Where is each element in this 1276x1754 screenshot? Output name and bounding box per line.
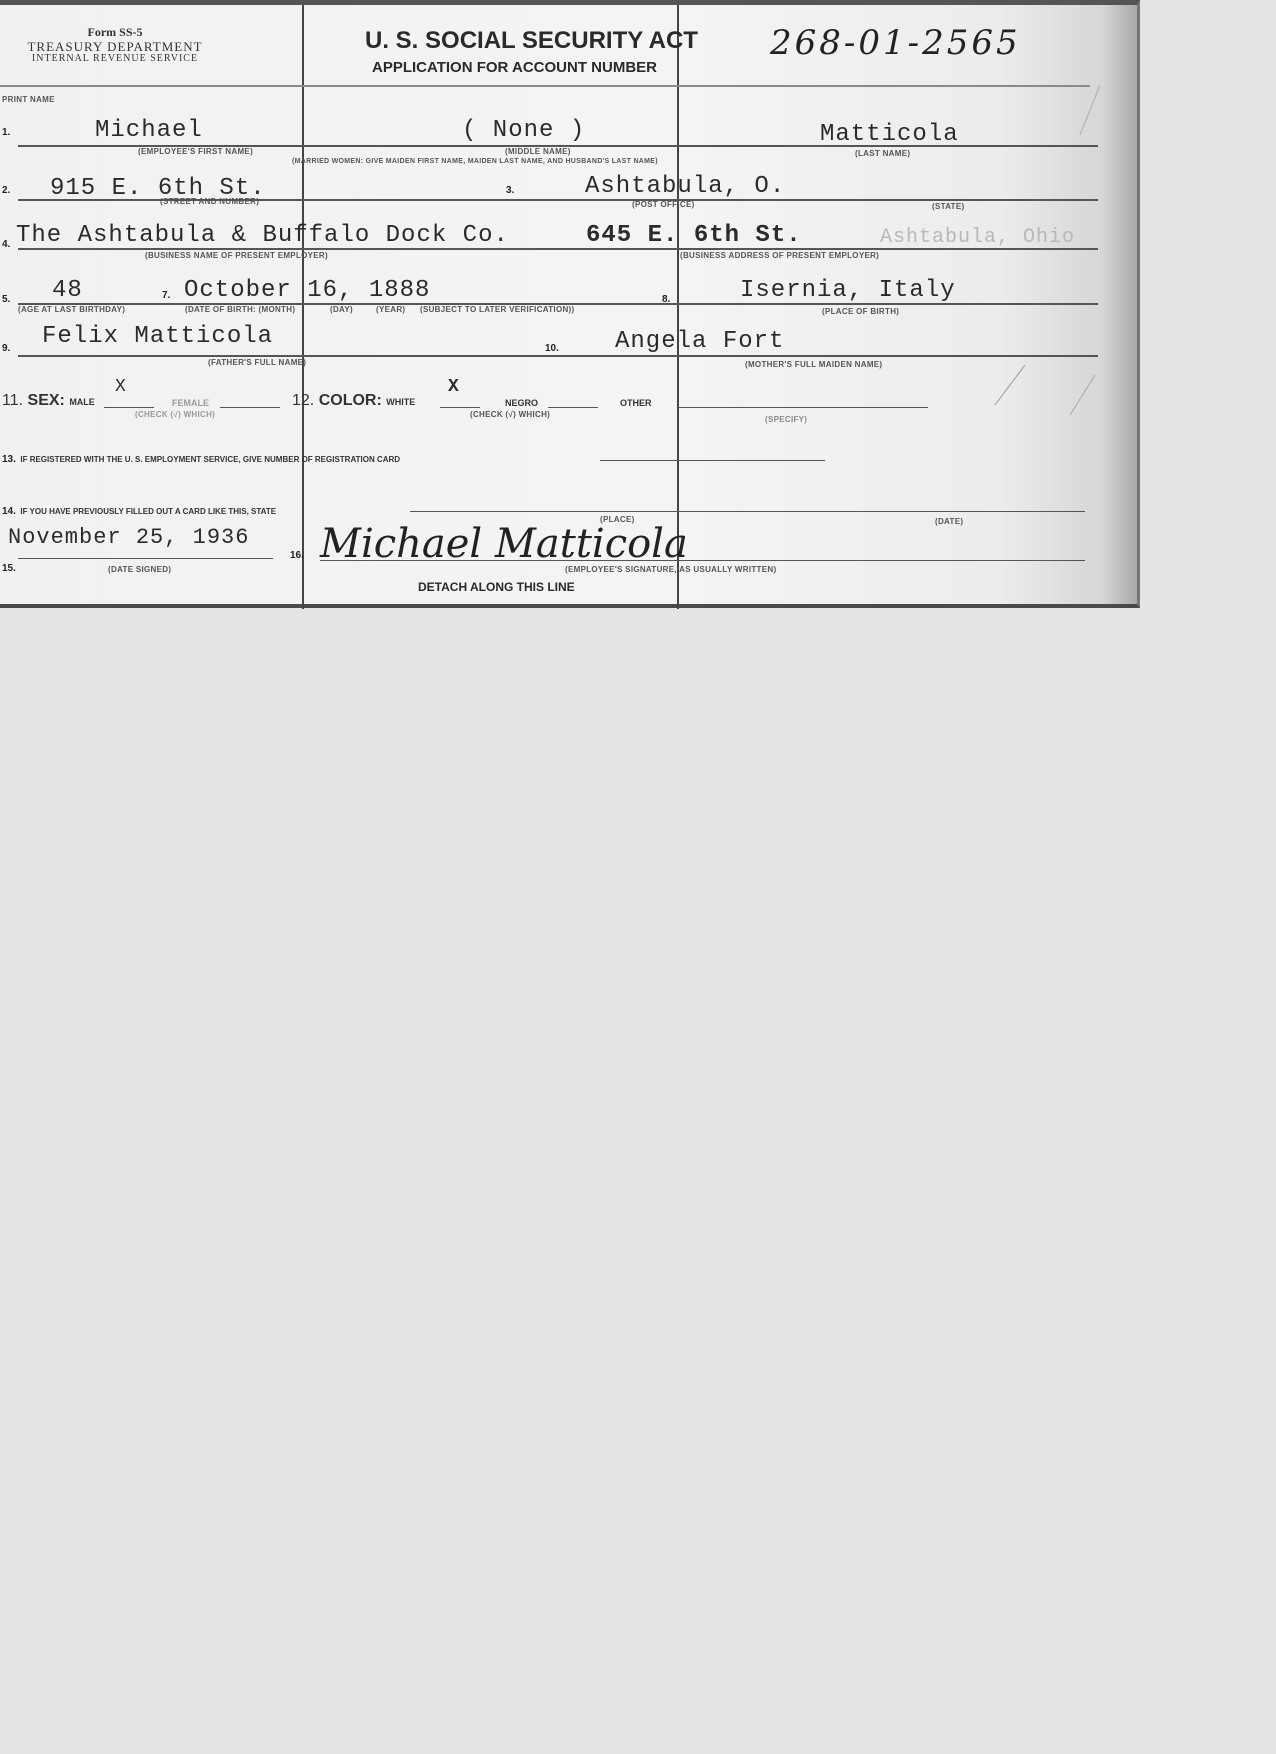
post-office-caption: (POST OFFICE) [632,200,695,209]
post-office-value: Ashtabula, O. [585,173,785,200]
field-number: 5. [2,294,10,305]
date-signed-line [18,558,273,559]
previous-card-label: IF YOU HAVE PREVIOUSLY FILLED OUT A CARD… [20,507,276,516]
male-label: MALE [69,397,95,407]
field-number: 13. [2,454,16,465]
detach-line-label: DETACH ALONG THIS LINE [418,580,575,594]
female-line [220,407,280,408]
color-caption: (CHECK (√) WHICH) [470,410,550,419]
field-number: 2. [2,185,10,196]
other-label: OTHER [620,398,652,408]
middle-name-value: ( None ) [462,117,585,144]
father-name-value: Felix Matticola [42,323,273,350]
specify-caption: (SPECIFY) [765,415,807,424]
married-women-note: (MARRIED WOMEN: GIVE MAIDEN FIRST NAME, … [292,158,658,165]
sex-field: 11. SEX: MALE [2,392,95,410]
father-name-caption: (FATHER'S FULL NAME) [208,358,306,367]
mother-name-value: Angela Fort [615,328,784,355]
previous-card-line [410,511,1085,512]
white-label: WHITE [386,397,415,407]
registration-label: IF REGISTERED WITH THE U. S. EMPLOYMENT … [20,455,400,464]
white-line [440,407,480,408]
form-header-left: Form SS-5 TREASURY DEPARTMENT INTERNAL R… [0,25,230,64]
birth-place-caption: (PLACE OF BIRTH) [822,307,899,316]
female-label: FEMALE [172,398,209,408]
ss5-application-card: Form SS-5 TREASURY DEPARTMENT INTERNAL R… [0,0,1140,608]
form-number: Form SS-5 [0,25,230,40]
date-signed-value: November 25, 1936 [8,525,249,550]
verification-caption: (SUBJECT TO LATER VERIFICATION)) [420,305,575,314]
color-label: COLOR: [319,392,382,409]
birth-month-caption: (DATE OF BIRTH: (MONTH) [185,305,295,314]
field-number: 7. [162,290,170,301]
row9-line [18,355,1098,357]
other-line [678,407,928,408]
mother-name-caption: (MOTHER'S FULL MAIDEN NAME) [745,360,882,369]
birth-place-value: Isernia, Italy [740,277,956,304]
field-number: 14. [2,506,16,517]
last-name-value: Matticola [820,121,959,148]
negro-label: NEGRO [505,398,538,408]
signature-line [320,560,1085,561]
field-number: 16. [290,550,304,561]
birth-date-value: October 16, 1888 [184,277,430,304]
registration-line [600,460,825,461]
last-name-caption: (LAST NAME) [855,149,910,158]
field-number: 12. [292,392,314,409]
bureau: INTERNAL REVENUE SERVICE [0,53,230,64]
male-line [104,407,154,408]
employer-name-caption: (BUSINESS NAME OF PRESENT EMPLOYER) [145,251,328,260]
sex-label: SEX: [28,392,65,409]
field-number: 11. [2,392,23,409]
account-number: 268-01-2565 [770,23,1021,63]
street-caption: (STREET AND NUMBER) [160,197,259,206]
negro-line [548,407,598,408]
date-caption: (DATE) [935,517,963,526]
signature-caption: (EMPLOYEE'S SIGNATURE, AS USUALLY WRITTE… [565,565,776,574]
form-title: U. S. SOCIAL SECURITY ACT [365,27,698,55]
field-number: 15. [2,563,16,574]
middle-name-caption: (MIDDLE NAME) [505,147,571,156]
employer-address-caption: (BUSINESS ADDRESS OF PRESENT EMPLOYER) [680,251,879,260]
male-checkmark: X [115,377,127,397]
employer-name-value: The Ashtabula & Buffalo Dock Co. [16,222,509,249]
white-checkmark: X [448,377,460,397]
fold-line-right [677,5,679,609]
row4-line [18,248,1098,250]
age-caption: (AGE AT LAST BIRTHDAY) [18,305,125,314]
field-number: 3. [506,185,514,196]
field-number: 1. [2,127,10,138]
first-name-value: Michael [95,117,203,144]
print-name-label: PRINT NAME [2,95,55,104]
birth-day-caption: (DAY) [330,305,353,314]
header-divider [0,85,1090,87]
pencil-marks [990,75,1140,435]
field-number: 10. [545,343,559,354]
state-caption: (STATE) [932,202,964,211]
field-number: 4. [2,239,10,250]
birth-year-caption: (YEAR) [376,305,405,314]
color-field: 12. COLOR: WHITE [292,392,415,410]
employer-address-value: 645 E. 6th St. [586,222,802,249]
form-subtitle: APPLICATION FOR ACCOUNT NUMBER [372,59,657,76]
first-name-caption: (EMPLOYEE'S FIRST NAME) [138,147,253,156]
sex-caption: (CHECK (√) WHICH) [135,410,215,419]
field-number: 9. [2,343,10,354]
previous-card-field: 14. IF YOU HAVE PREVIOUSLY FILLED OUT A … [2,501,276,519]
registration-field: 13. IF REGISTERED WITH THE U. S. EMPLOYM… [2,449,400,467]
department: TREASURY DEPARTMENT [0,40,230,53]
date-signed-caption: (DATE SIGNED) [108,565,171,574]
fold-line-left [302,5,304,609]
age-value: 48 [52,277,83,304]
